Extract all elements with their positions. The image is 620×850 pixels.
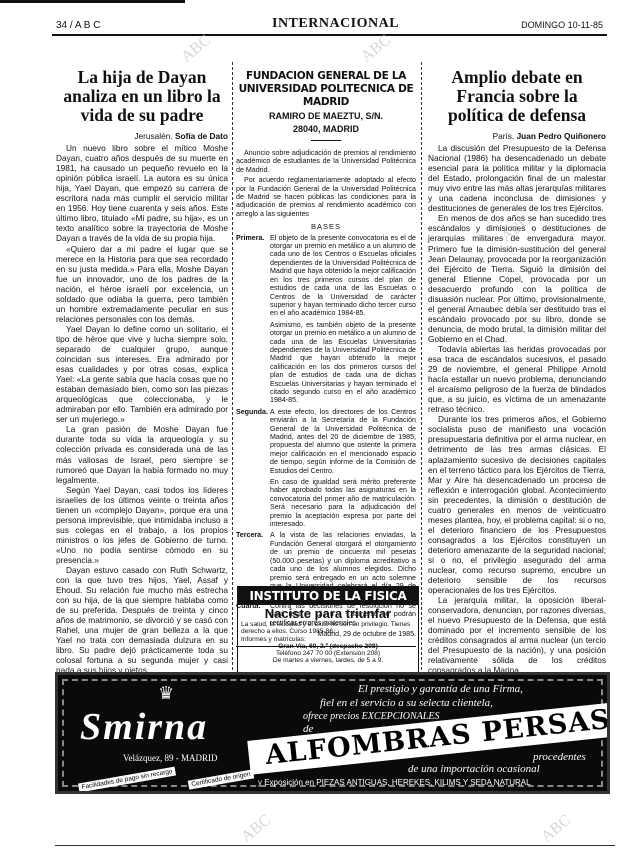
notice-item: Asimismo, es también objeto de la presen… <box>236 321 416 405</box>
byline: Jerusalén. Sofía de Dato <box>56 131 228 141</box>
paragraph: Dayan estuvo casado con Ruth Schwartz, c… <box>56 565 228 676</box>
page-header: 34 / A B C INTERNACIONAL DOMINGO 10-11-8… <box>52 18 607 36</box>
ad-footer: y Exposición en PIEZAS ANTIGUAS, HEREKES… <box>258 778 531 787</box>
paragraph: La discusión del Presupuesto de la Defen… <box>428 143 606 213</box>
ad-info-label: Informes y matrículas: <box>238 636 418 643</box>
bottom-rule <box>55 845 615 846</box>
paragraph: Según Yael Dayan, casi todos los líderes… <box>56 485 228 565</box>
paragraph: La jerarquía militar, la oposición liber… <box>428 595 606 675</box>
watermark: ABC <box>538 812 575 847</box>
issue-date: DOMINGO 10-11-85 <box>521 20 603 30</box>
ad-text: La salud, la felicidad y el éxito no son… <box>238 621 418 636</box>
watermark: ABC <box>358 32 395 67</box>
paragraph: Un nuevo libro sobre el mítico Moshe Day… <box>56 143 228 243</box>
page-number: 34 / A B C <box>56 20 100 31</box>
byline-place: París. <box>493 131 515 141</box>
column-divider <box>421 62 423 670</box>
paragraph: La gran pasión de Moshe Dayan fue durant… <box>56 424 228 484</box>
byline-author: Sofía de Dato <box>175 131 228 141</box>
byline-place: Jerusalén. <box>134 131 172 141</box>
lion-crest-icon: ♛ <box>158 683 174 704</box>
notice-intro: Por acuerdo reglamentariamente adoptado … <box>236 176 416 218</box>
section-title: INTERNACIONAL <box>272 16 399 32</box>
ad-headline: Naciste para triunfar <box>238 606 418 621</box>
notice-address-2: 28040, MADRID <box>236 124 416 135</box>
paragraph: «Quiero dar a mi padre el lugar que se m… <box>56 244 228 324</box>
notice-item: Segunda.A este efecto, los directores de… <box>236 408 416 475</box>
item-text: A este efecto, los directores de los Cen… <box>270 408 416 475</box>
item-label <box>236 321 270 405</box>
headline: Amplio debate en Francia sobre la políti… <box>428 68 606 125</box>
ad-address: Velázquez, 89 - MADRID <box>123 753 217 763</box>
watermark: ABC <box>238 812 275 847</box>
item-text: El objeto de la presente convocatoria es… <box>270 234 416 318</box>
ad-instituto-fisica-mental: INSTITUTO DE LA FISICA MENTAL Naciste pa… <box>237 586 419 678</box>
ad-smirna-alfombras: ♛ Smirna Velázquez, 89 - MADRID Facilida… <box>55 672 610 794</box>
item-text: En caso de igualdad será mérito preferen… <box>270 478 416 528</box>
item-label: Primera. <box>236 234 270 318</box>
item-label <box>236 478 270 528</box>
ad-hours: De martes a viernes, tardes, de 5 a 9. <box>238 657 418 664</box>
item-label: Segunda. <box>236 408 270 475</box>
byline: París. Juan Pedro Quiñonero <box>428 131 606 141</box>
paragraph: Todavía abiertas las heridas provocadas … <box>428 344 606 414</box>
notice-title: FUNDACION GENERAL DE LA UNIVERSIDAD POLI… <box>236 70 416 109</box>
bases-heading: BASES <box>236 223 416 231</box>
top-rule <box>0 0 185 3</box>
notice-fundacion: FUNDACION GENERAL DE LA UNIVERSIDAD POLI… <box>236 70 416 647</box>
ad-address: Gran Vía, 60, 2.º (despacho 208) <box>238 643 418 650</box>
divider <box>311 140 341 141</box>
notice-address-1: RAMIRO DE MAEZTU, S/N. <box>236 111 416 122</box>
ad-slogan: fiel en el servicio a su selecta cliente… <box>320 697 493 709</box>
headline: La hija de Dayan analiza en un libro la … <box>56 68 228 125</box>
ad-phone: Teléfono 247 70 00 (Extensión 208) <box>238 650 418 657</box>
notice-item: Primera.El objeto de la presente convoca… <box>236 234 416 318</box>
article-francia: Amplio debate en Francia sobre la políti… <box>428 68 606 716</box>
article-dayan: La hija de Dayan analiza en un libro la … <box>56 68 228 726</box>
ad-logo: Smirna <box>80 705 208 749</box>
ad-title: INSTITUTO DE LA FISICA MENTAL <box>238 587 418 605</box>
paragraph: Durante los tres primeros años, el Gobie… <box>428 414 606 595</box>
item-text: Asimismo, es también objeto de la presen… <box>270 321 416 405</box>
ad-slogan: El prestigio y garantía de una Firma, <box>358 683 523 695</box>
ad-slogan: de una importación ocasional <box>408 763 540 775</box>
watermark: ABC <box>178 32 215 67</box>
ad-slogan: ofrece precios EXCEPCIONALES <box>303 711 439 722</box>
byline-author: Juan Pedro Quiñonero <box>517 131 606 141</box>
notice-intro: Anuncio sobre adjudicación de premios al… <box>236 149 416 174</box>
column-divider <box>232 62 234 670</box>
ad-slogan: procedentes <box>533 751 586 763</box>
notice-item: En caso de igualdad será mérito preferen… <box>236 478 416 528</box>
paragraph: Yael Dayan lo define como un solitario, … <box>56 324 228 424</box>
